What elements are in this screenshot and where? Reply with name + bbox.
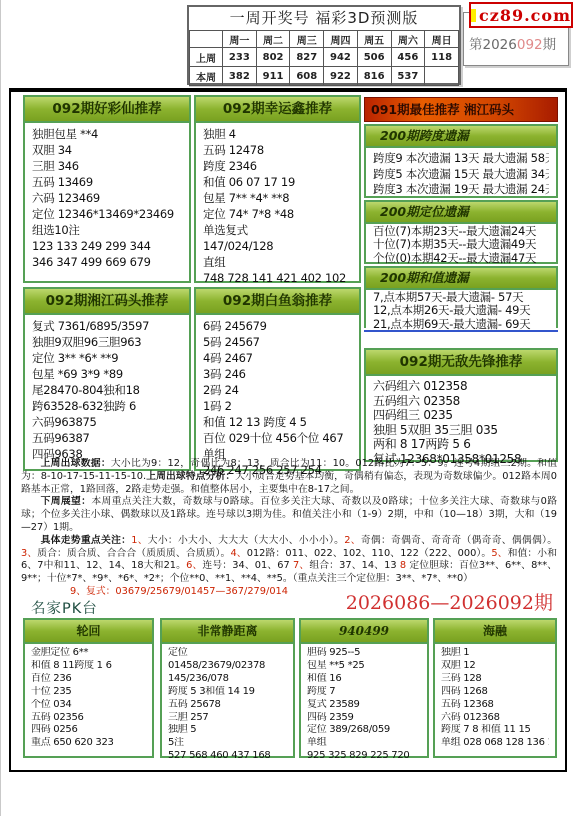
text-line: 四码组三 0235 [373, 408, 549, 423]
box-body: 六码组六 012358五码组六 02358四码组三 0235独胆 5双胆 35三… [366, 376, 556, 470]
box-haocaixian: 092期好彩仙推荐 独胆包星 **4双胆 34三胆 346五码 13469六码 … [23, 95, 191, 283]
day-header-cell: 周二 [256, 31, 290, 48]
text-line: 跨度3 本次遗漏 19天 最大遗漏 24天 [373, 182, 549, 198]
text-line: 四码 2359 [307, 712, 421, 725]
text-line: 和值 12 13 跨度 4 5 [203, 414, 352, 430]
box-wudi-xianfeng: 092期无敌先锋推荐 六码组六 012358五码组六 02358四码组三 023… [364, 348, 558, 462]
text-line: 六码组六 012358 [373, 379, 549, 394]
text-line: 三胆 346 [32, 158, 182, 174]
text-line: 尾28470-804独和18 [32, 382, 182, 398]
text-line: 单组 028 068 128 136 168 [441, 737, 549, 750]
text-line: 独胆 1 [441, 647, 549, 660]
box-title: 092期无敌先锋推荐 [366, 350, 556, 376]
draw-number-cell: 802 [256, 48, 290, 67]
text-line: 包星 7** *4* **8 [203, 190, 352, 206]
text-line: 六码 123469 [32, 190, 182, 206]
week-panel-title: 一周开奖号 福彩3D预测版 [189, 7, 459, 30]
text-line: 147/024/128 [203, 238, 352, 254]
text-line: 五码 25678 [168, 699, 287, 712]
text-line: 复式 7361/6895/3597 [32, 318, 182, 334]
text-line: 独胆包星 **4 [32, 126, 182, 142]
text-line: 两和 8 17两跨 5 6 [373, 437, 549, 452]
draw-number-cell: 537 [391, 67, 425, 86]
expert-box-feichangjingjuli: 非常静距离 定位01458/23679/02378145/236/078跨度 5… [160, 618, 295, 758]
box-title: 092期白鱼翁推荐 [196, 289, 359, 315]
issue-number: 第2026092期 [469, 33, 556, 53]
box-body: 百位(7)本期23天--最大遗漏24天十位(7)本期35天--最大遗漏49天个位… [366, 224, 556, 268]
blue-divider [364, 330, 558, 332]
text-line: 定位 12346*13469*23469 [32, 206, 182, 222]
draw-number-cell: 827 [290, 48, 324, 67]
text-line: 金胆定位 6** [31, 647, 146, 660]
best-recommend-banner: 091期最佳推荐 湘江码头 [364, 97, 558, 122]
expert-title: 轮回 [25, 620, 152, 644]
box-body: 跨度9 本次遗漏 13天 最大遗漏 58天跨度5 本次遗漏 15天 最大遗漏 3… [366, 148, 556, 201]
text-line: 和值 8 11跨度 1 6 [31, 660, 146, 673]
box-title: 092期幸运鑫推荐 [196, 97, 359, 123]
day-header-cell: 周六 [391, 31, 425, 48]
expert-title: 非常静距离 [162, 620, 293, 644]
day-header-cell: 周一 [223, 31, 257, 48]
text-line: 定位 3** *6* **9 [32, 350, 182, 366]
text-line: 五码96387 [32, 430, 182, 446]
text-line: 组选10注 [32, 222, 182, 238]
text-line: 独胆 4 [203, 126, 352, 142]
text-line: 百位(7)本期23天--最大遗漏24天 [373, 225, 549, 238]
box-position-omission: 200期定位遗漏 百位(7)本期23天--最大遗漏24天十位(7)本期35天--… [364, 200, 558, 264]
text-line: 个位 034 [31, 699, 146, 712]
issue-highlight: 092 [517, 37, 543, 53]
text-line: 五码 12368 [441, 699, 549, 712]
pk-section-title: 名家PK台 [31, 597, 98, 618]
text-line: 跨度 5 3和值 14 19 [168, 686, 287, 699]
text-line: 五码组六 02358 [373, 394, 549, 409]
text-line: 直组 [203, 254, 352, 270]
expert-box-hairong: 海融 独胆 1双胆 12三码 128四码 1268五码 12368六码 0123… [433, 618, 557, 758]
text-line: 跨度 2346 [203, 158, 352, 174]
table-row-this-week: 本周 382911608922816537 [190, 67, 459, 86]
text-line: 346 347 499 669 679 [32, 254, 182, 270]
box-body: 复式 7361/6895/3597独胆9双胆96三胆963定位 3** *6* … [25, 315, 189, 465]
text-line: 独胆 5双胆 35三胆 035 [373, 423, 549, 438]
text-line: 单选复式 [203, 222, 352, 238]
text-line: 3码 246 [203, 366, 352, 382]
text-line: 重点 650 620 323 [31, 737, 146, 750]
draw-number-cell: 942 [324, 48, 358, 67]
draw-number-cell: 118 [425, 48, 459, 67]
text-line: 双胆 12 [441, 660, 549, 673]
text-line: 5码 24567 [203, 334, 352, 350]
text-line: 五码 02356 [31, 712, 146, 725]
box-title: 200期和值遗漏 [366, 268, 556, 290]
analysis-paragraph: 上周出球数据：大小比为9：12，奇偶比为8：13，质合比为11：10。012路比… [21, 458, 557, 496]
box-title: 200期跨度遗漏 [366, 126, 556, 148]
site-logo[interactable]: cz89.com [469, 2, 573, 28]
expert-body: 金胆定位 6**和值 8 11跨度 1 6百位 236十位 235个位 034五… [25, 644, 152, 753]
draw-number-cell: 608 [290, 67, 324, 86]
table-header-row: 周一周二周三周四周五周六周日 [190, 31, 459, 48]
text-line: 六码 012368 [441, 712, 549, 725]
lottery-prediction-sheet: 一周开奖号 福彩3D预测版 周一周二周三周四周五周六周日 上周 23380282… [0, 0, 575, 816]
text-line: 123 133 249 299 344 [32, 238, 182, 254]
text-line: 12,点本期26天-最大遗漏- 49天 [373, 304, 549, 317]
draw-number-cell: 506 [357, 48, 391, 67]
text-line: 胆码 925--5 [307, 647, 421, 660]
text-line: 跨度 7 8 和值 11 15 [441, 724, 549, 737]
table-row-last-week: 上周 233802827942506456118 [190, 48, 459, 67]
text-line: 1码 2 [203, 398, 352, 414]
box-xiangjiang-matou: 092期湘江码头推荐 复式 7361/6895/3597独胆9双胆96三胆963… [23, 287, 191, 471]
text-line: 6码 245679 [203, 318, 352, 334]
text-line: 双胆 34 [32, 142, 182, 158]
expert-body: 定位01458/23679/02378145/236/078跨度 5 3和值 1… [162, 644, 293, 766]
draw-number-cell: 816 [357, 67, 391, 86]
text-line: 145/236/078 [168, 673, 287, 686]
draw-number-cell: 456 [391, 48, 425, 67]
expert-title: 940499 [301, 620, 427, 644]
box-body: 6码 2456795码 245674码 24673码 2462码 241码 2和… [196, 315, 359, 481]
text-line: 包星 *69 3*9 *89 [32, 366, 182, 382]
box-span-omission: 200期跨度遗漏 跨度9 本次遗漏 13天 最大遗漏 58天跨度5 本次遗漏 1… [364, 124, 558, 198]
text-line: 复式 23589 [307, 699, 421, 712]
text-line: 定位 [168, 647, 287, 660]
analysis-paragraph: 具体走势重点关注：1、大小：小大小、大大大（大大小、小小小）。2、奇偶：奇偶奇、… [21, 535, 557, 586]
expert-body: 胆码 925--5包星 **5 *25和值 16跨度 7复式 23589四码 2… [301, 644, 427, 766]
text-line: 六码963875 [32, 414, 182, 430]
text-line: 925 325 829 225 720 [307, 750, 421, 763]
text-line: 三胆 257 [168, 712, 287, 725]
text-line: 三码 128 [441, 673, 549, 686]
text-line: 跨度 7 [307, 686, 421, 699]
draw-number-cell: 382 [223, 67, 257, 86]
day-header-cell: 周四 [324, 31, 358, 48]
draw-number-cell [425, 67, 459, 86]
day-header-cell: 周三 [290, 31, 324, 48]
week-draws-table: 周一周二周三周四周五周六周日 上周 233802827942506456118 … [189, 30, 459, 86]
text-line: 和值 16 [307, 673, 421, 686]
text-line: 4码 2467 [203, 350, 352, 366]
text-line: 百位 236 [31, 673, 146, 686]
expert-box-lunhui: 轮回 金胆定位 6**和值 8 11跨度 1 6百位 236十位 235个位 0… [23, 618, 154, 758]
expert-body: 独胆 1双胆 12三码 128四码 1268五码 12368六码 012368跨… [435, 644, 555, 753]
text-line: 定位 389/268/059 [307, 724, 421, 737]
box-body: 独胆 4五码 12478跨度 2346和值 06 07 17 19包星 7** … [196, 123, 359, 289]
text-line: 2码 24 [203, 382, 352, 398]
text-line: 01458/23679/02378 [168, 660, 287, 673]
text-line: 5注 [168, 737, 287, 750]
text-line: 748 728 141 421 402 102 [203, 270, 352, 286]
box-body: 独胆包星 **4双胆 34三胆 346五码 13469六码 123469定位 1… [25, 123, 189, 273]
text-line: 五码 13469 [32, 174, 182, 190]
expert-title: 海融 [435, 620, 555, 644]
text-line: 和值 06 07 17 19 [203, 174, 352, 190]
box-title: 200期定位遗漏 [366, 202, 556, 224]
draw-number-cell: 911 [256, 67, 290, 86]
text-line: 21,点本期69天-最大遗漏- 69天 [373, 318, 549, 331]
box-baiyuweng: 092期白鱼翁推荐 6码 2456795码 245674码 24673码 246… [194, 287, 361, 471]
text-line: 527 568 460 437 168 [168, 750, 287, 763]
text-line: 跨度9 本次遗漏 13天 最大遗漏 58天 [373, 151, 549, 167]
draw-number-cell: 233 [223, 48, 257, 67]
day-header-cell: 周五 [357, 31, 391, 48]
box-body: 7,点本期57天-最大遗漏- 57天12,点本期26天-最大遗漏- 49天21,… [366, 290, 556, 334]
box-title: 092期湘江码头推荐 [25, 289, 189, 315]
text-line: 百位 029十位 456个位 467 [203, 430, 352, 446]
row-label: 本周 [190, 67, 223, 86]
box-sum-omission: 200期和值遗漏 7,点本期57天-最大遗漏- 57天12,点本期26天-最大遗… [364, 266, 558, 328]
row-label: 上周 [190, 48, 223, 67]
corner-cell [190, 31, 223, 48]
text-line: 独胆9双胆96三胆963 [32, 334, 182, 350]
expert-box-940499: 940499 胆码 925--5包星 **5 *25和值 16跨度 7复式 23… [299, 618, 429, 758]
text-line: 个位(0)本期42天--最大遗漏47天 [373, 252, 549, 265]
text-line: 跨度5 本次遗漏 15天 最大遗漏 34天 [373, 167, 549, 183]
text-line: 四码 0256 [31, 724, 146, 737]
logo-yellow-square-icon [471, 9, 476, 22]
box-title: 092期好彩仙推荐 [25, 97, 189, 123]
period-range: 2026086—2026092期 [346, 588, 553, 615]
box-xingyunxin: 092期幸运鑫推荐 独胆 4五码 12478跨度 2346和值 06 07 17… [194, 95, 361, 283]
text-line: 7,点本期57天-最大遗漏- 57天 [373, 291, 549, 304]
text-line: 跨63528-632独跨 6 [32, 398, 182, 414]
text-line: 十位 235 [31, 686, 146, 699]
text-line: 独胆 5 [168, 724, 287, 737]
text-line: 单组 [307, 737, 421, 750]
text-line: 包星 **5 *25 [307, 660, 421, 673]
text-line: 定位 74* 7*8 *48 [203, 206, 352, 222]
week-draws-panel: 一周开奖号 福彩3D预测版 周一周二周三周四周五周六周日 上周 23380282… [187, 5, 461, 85]
analysis-paragraph: 下周展望：本周重点关注大数，奇数球与0路球。百位多关注大球、奇数以及0路球；十位… [21, 496, 557, 534]
day-header-cell: 周日 [425, 31, 459, 48]
site-logo-text: cz89.com [479, 6, 571, 25]
text-line: 十位(7)本期35天--最大遗漏49天 [373, 238, 549, 251]
text-line: 四码 1268 [441, 686, 549, 699]
draw-number-cell: 922 [324, 67, 358, 86]
text-line: 五码 12478 [203, 142, 352, 158]
